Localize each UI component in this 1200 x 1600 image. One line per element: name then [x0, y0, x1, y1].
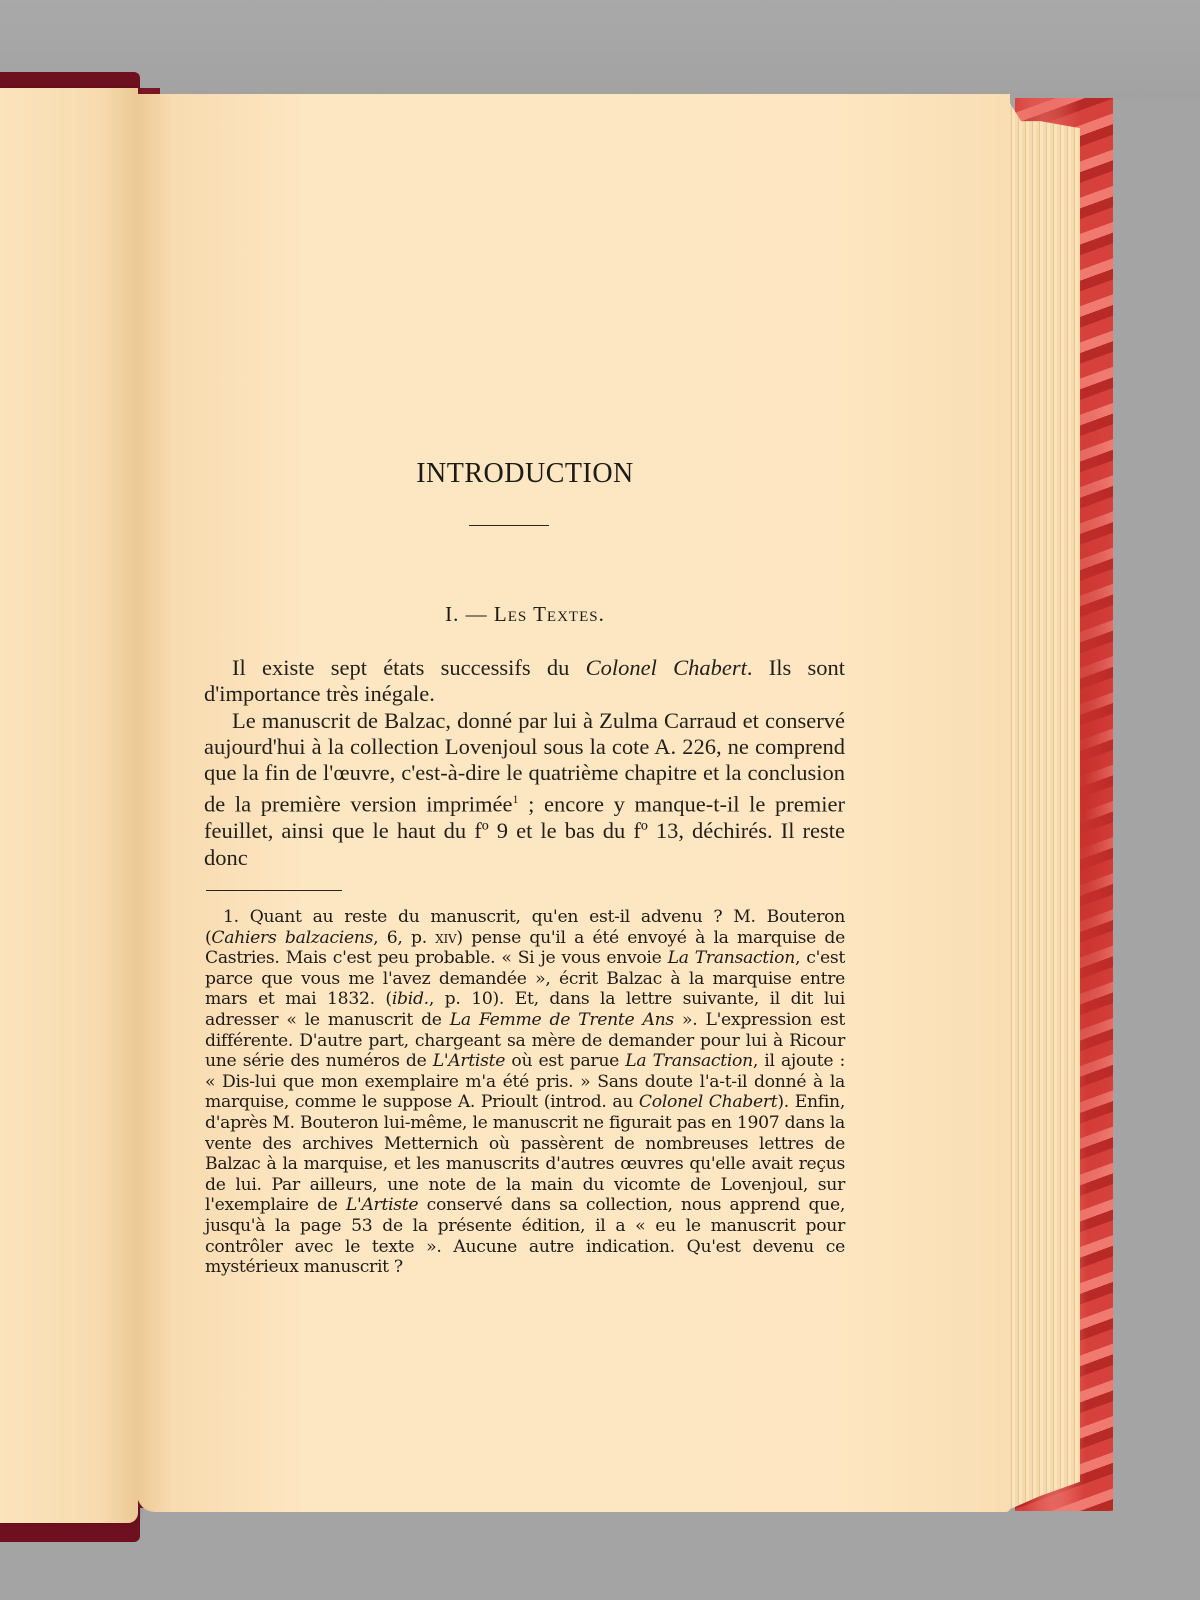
title-rule — [469, 525, 549, 526]
page-title: INTRODUCTION — [0, 458, 1050, 490]
background — [0, 0, 1200, 100]
italic-title: La Femme de Trente Ans — [450, 1010, 674, 1030]
italic-title: Cahiers balzaciens — [211, 928, 373, 948]
text-span: , 6, p. — [373, 928, 435, 948]
paragraph-1: Il existe sept états successifs du Colon… — [204, 655, 845, 708]
italic-title: La Transaction — [625, 1051, 753, 1071]
left-page — [0, 88, 138, 1523]
paragraph-2: Le manuscrit de Balzac, donné par lui à … — [204, 708, 845, 871]
section-heading: I. — Les Textes. — [0, 602, 1050, 627]
text-span: où est parue — [505, 1051, 625, 1071]
roman-numeral: xiv — [435, 928, 456, 948]
italic-title: La Transaction — [668, 948, 795, 968]
footnote: 1. Quant au reste du manuscrit, qu'en es… — [205, 907, 845, 1278]
body-text: Il existe sept états successifs du Colon… — [204, 655, 845, 871]
footnote-rule — [206, 890, 342, 891]
text-span: Il existe sept états successifs du — [232, 655, 586, 680]
italic-title: Colonel Chabert — [639, 1092, 777, 1112]
footnote-1: 1. Quant au reste du manuscrit, qu'en es… — [205, 907, 845, 1278]
italic-title: Colonel Chabert — [586, 655, 747, 680]
italic-title: L'Artiste — [346, 1195, 418, 1215]
page-block-edges — [1008, 100, 1080, 1510]
italic-title: L'Artiste — [433, 1051, 505, 1071]
italic-title: ibid. — [392, 989, 429, 1009]
